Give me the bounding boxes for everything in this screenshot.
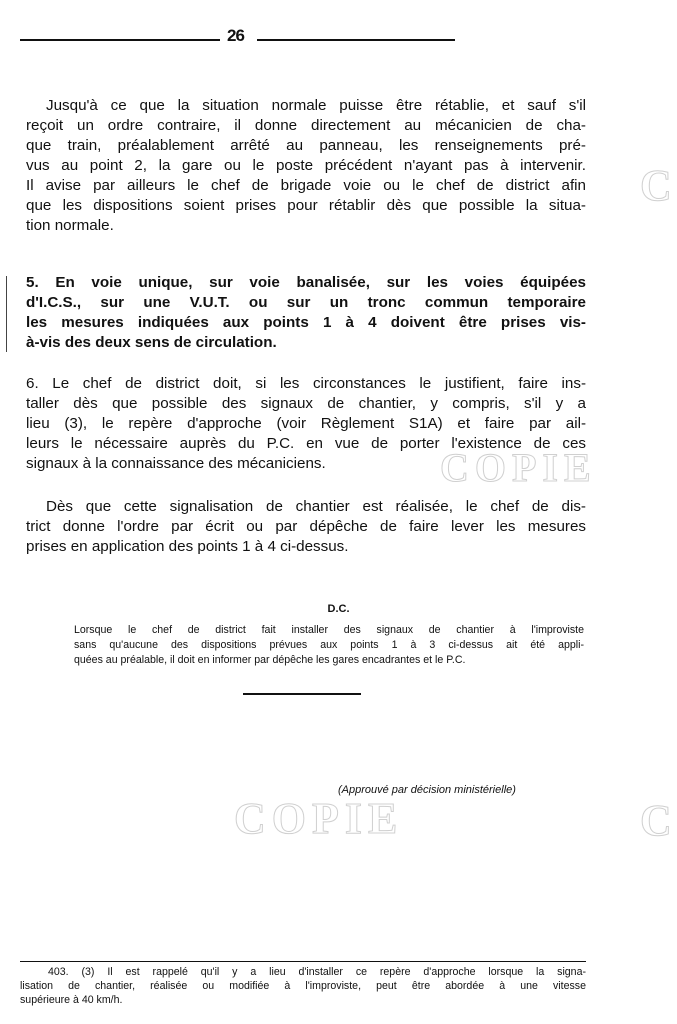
paragraph-5: 5. En voie unique, sur voie banalisée, s… xyxy=(26,273,586,353)
header-rule-left xyxy=(20,39,220,41)
text-line: les mesures indiquées aux points 1 à 4 d… xyxy=(26,313,586,333)
text-line: Dès que cette signalisation de chantier … xyxy=(26,497,586,517)
text-line: prises en application des points 1 à 4 c… xyxy=(26,537,586,557)
copy-watermark: COPIE xyxy=(234,793,403,844)
text-line: à-vis des deux sens de circulation. xyxy=(26,333,586,353)
text-line: 5. En voie unique, sur voie banalisée, s… xyxy=(26,273,586,293)
text-line: 403. (3) Il est rappelé qu'il y a lieu d… xyxy=(20,965,586,979)
text-line: quées au préalable, il doit en informer … xyxy=(74,653,584,668)
dc-note-body: Lorsque le chef de district fait install… xyxy=(74,623,584,668)
text-line: Lorsque le chef de district fait install… xyxy=(74,623,584,638)
text-line: d'I.C.S., sur une V.U.T. ou sur un tronc… xyxy=(26,293,586,313)
section-divider xyxy=(243,693,361,695)
text-line: 6. Le chef de district doit, si les circ… xyxy=(26,374,586,394)
text-line: supérieure à 40 km/h. xyxy=(20,993,586,1007)
paragraph-7: Dès que cette signalisation de chantier … xyxy=(26,497,586,557)
text-line: sans qu'aucune des dispositions prévues … xyxy=(74,638,584,653)
footnote: 403. (3) Il est rappelé qu'il y a lieu d… xyxy=(20,965,586,1007)
text-line: lisation de chantier, réalisée ou modifi… xyxy=(20,979,586,993)
header-rule-right xyxy=(257,39,455,41)
text-line: Jusqu'à ce que la situation normale puis… xyxy=(26,96,586,116)
text-line: vus au point 2, la gare ou le poste préc… xyxy=(26,156,586,176)
text-line: Il avise par ailleurs le chef de brigade… xyxy=(26,176,586,196)
text-line: taller dès que possible des signaux de c… xyxy=(26,394,586,414)
page-header: 26 xyxy=(20,26,455,56)
text-line: trict donne l'ordre par écrit ou par dép… xyxy=(26,517,586,537)
copy-watermark: C xyxy=(640,795,677,846)
footnote-rule xyxy=(20,961,586,962)
text-line: tion normale. xyxy=(26,216,586,236)
copy-watermark: COPIE xyxy=(440,444,597,491)
page-number: 26 xyxy=(227,26,244,46)
copy-watermark: C xyxy=(640,160,677,211)
text-line: que les dispositions soient prises pour … xyxy=(26,196,586,216)
dc-note-title: D.C. xyxy=(0,603,677,615)
text-line: que train, préalablement arrêté au panne… xyxy=(26,136,586,156)
text-line: reçoit un ordre contraire, il donne dire… xyxy=(26,116,586,136)
paragraph-continuation: Jusqu'à ce que la situation normale puis… xyxy=(26,96,586,236)
revision-change-bar xyxy=(6,276,7,352)
text-line: lieu (3), le repère d'approche (voir Règ… xyxy=(26,414,586,434)
